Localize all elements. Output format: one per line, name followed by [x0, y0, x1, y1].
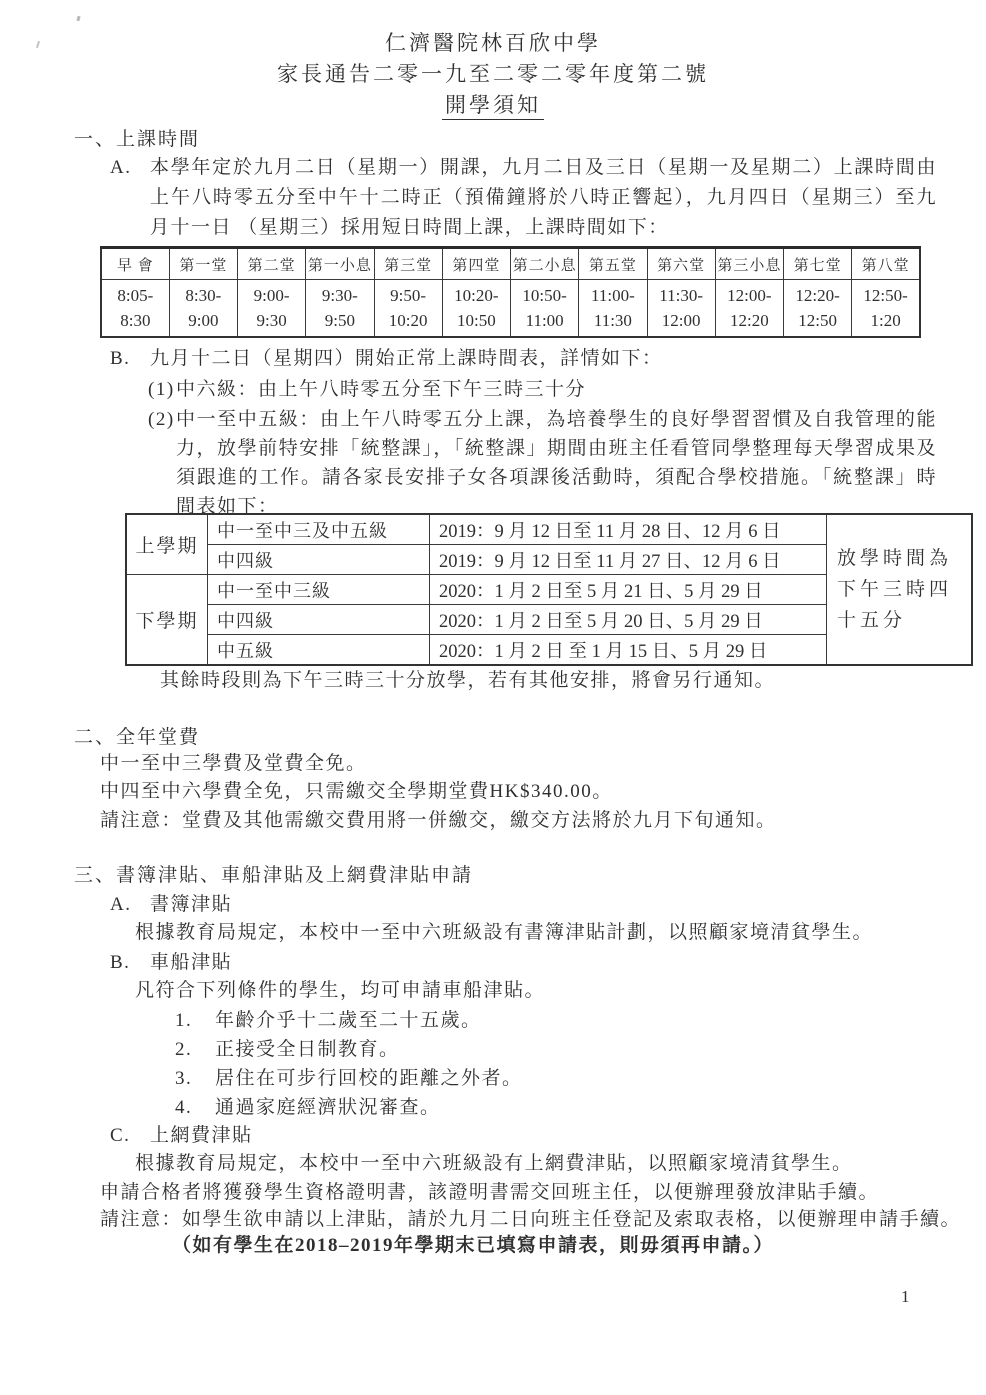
timetable-cell: 9:50-10:20 [374, 280, 442, 338]
section1-footnote: 其餘時段則為下午三時三十分放學，若有其他安排，將會另行通知。 [160, 666, 775, 696]
condition-item: 2. 正接受全日制教育。 [175, 1035, 875, 1065]
document-page: 仁濟醫院林百欣中學 家長通告二零一九至二零二零年度第二號 開學須知 一、上課時間… [0, 0, 986, 1395]
term-timetable: 上學期 中一至中三及中五級 2019：9 月 12 日至 11 月 28 日、1… [125, 513, 973, 666]
level-cell: 中五級 [208, 635, 430, 666]
dates-cell: 2020：1 月 2 日至 5 月 20 日、5 月 29 日 [430, 605, 827, 635]
section3-item-b: B. 車船津貼 [110, 948, 937, 978]
start-time: 8:05- [102, 283, 169, 308]
section2-heading: 二、全年堂費 [74, 722, 200, 749]
item-b-label: B. [110, 948, 150, 978]
item-a-label: A. [110, 153, 150, 243]
end-time: 9:30 [238, 308, 305, 333]
timetable-header: 早 會 [101, 248, 169, 280]
dates-cell: 2020：1 月 2 日 至 1 月 15 日、5 月 29 日 [430, 635, 827, 666]
item-b-sub2: (2) 中一至中五級：由上午八時零五分上課，為培養學生的良好學習習慣及自我管理的… [148, 405, 937, 521]
document-heading-text: 開學須知 [442, 93, 544, 120]
timetable-header: 第四堂 [442, 248, 510, 280]
section2-line2: 中四至中六學費全免，只需繳交全學期堂費HK$340.00。 [100, 777, 613, 807]
condition-num: 2. [175, 1035, 215, 1065]
timetable-header: 第六堂 [647, 248, 715, 280]
document-heading: 開學須知 [0, 89, 986, 119]
level-cell: 中四級 [208, 605, 430, 635]
period-timetable: 早 會 第一堂 第二堂 第一小息 第三堂 第四堂 第二小息 第五堂 第六堂 第三… [100, 246, 921, 338]
sub2-text: 中一至中五級：由上午八時零五分上課，為培養學生的良好學習習慣及自我管理的能力，放… [176, 405, 937, 521]
term-cell: 下學期 [126, 575, 208, 666]
level-cell: 中一至中三及中五級 [208, 514, 430, 545]
timetable-header: 第八堂 [852, 248, 920, 280]
timetable-header: 第二小息 [511, 248, 579, 280]
end-time: 1:20 [852, 308, 919, 333]
end-time: 11:30 [579, 308, 646, 333]
condition-text: 年齡介乎十二歲至二十五歲。 [215, 1006, 875, 1036]
level-cell: 中四級 [208, 545, 430, 575]
section1-item-a: A. 本學年定於九月二日（星期一）開課，九月二日及三日（星期一及星期二）上課時間… [110, 153, 937, 243]
section1-heading: 一、上課時間 [74, 124, 200, 151]
start-time: 11:00- [579, 283, 646, 308]
timetable-cell: 8:05-8:30 [101, 280, 169, 338]
dates-cell: 2020：1 月 2 日至 5 月 21 日、5 月 29 日 [430, 575, 827, 605]
end-time: 12:20 [716, 308, 783, 333]
item-a-text: 本學年定於九月二日（星期一）開課，九月二日及三日（星期一及星期二）上課時間由上午… [150, 153, 937, 243]
timetable-times-row: 8:05-8:30 8:30-9:00 9:00-9:30 9:30-9:50 … [101, 280, 920, 338]
timetable-header: 第七堂 [784, 248, 852, 280]
dates-cell: 2019：9 月 12 日至 11 月 27 日、12 月 6 日 [430, 545, 827, 575]
item-a-label: A. [110, 890, 150, 920]
timetable-cell: 10:20-10:50 [442, 280, 510, 338]
notice-title: 家長通告二零一九至二零二零年度第二號 [0, 58, 986, 88]
term-row: 上學期 中一至中三及中五級 2019：9 月 12 日至 11 月 28 日、1… [126, 514, 972, 545]
timetable-cell: 11:30-12:00 [647, 280, 715, 338]
sub1-label: (1) [148, 375, 176, 405]
section3-item-a: A. 書簿津貼 [110, 890, 937, 920]
section3-heading: 三、書簿津貼、車船津貼及上網費津貼申請 [74, 860, 473, 887]
condition-num: 1. [175, 1006, 215, 1036]
timetable-header: 第三堂 [374, 248, 442, 280]
condition-num: 3. [175, 1064, 215, 1094]
timetable-cell: 12:20-12:50 [784, 280, 852, 338]
item-b-label: B. [110, 344, 150, 374]
timetable-cell: 12:50-1:20 [852, 280, 920, 338]
school-name: 仁濟醫院林百欣中學 [0, 27, 986, 57]
start-time: 8:30- [170, 283, 237, 308]
timetable-cell: 12:00-12:20 [715, 280, 783, 338]
condition-text: 正接受全日制教育。 [215, 1035, 875, 1065]
section3-item-b-text: 凡符合下列條件的學生，均可申請車船津貼。 [135, 976, 545, 1006]
timetable-header: 第二堂 [238, 248, 306, 280]
end-time: 9:50 [306, 308, 373, 333]
condition-item: 3. 居住在可步行回校的距離之外者。 [175, 1064, 875, 1094]
condition-text: 居住在可步行回校的距離之外者。 [215, 1064, 875, 1094]
item-b-title: 車船津貼 [150, 948, 937, 978]
condition-text: 通過家庭經濟狀況審查。 [215, 1093, 875, 1123]
term-cell: 上學期 [126, 514, 208, 575]
section3-item-c: C. 上網費津貼 [110, 1121, 937, 1151]
timetable-cell: 9:00-9:30 [238, 280, 306, 338]
timetable-cell: 11:00-11:30 [579, 280, 647, 338]
sub2-label: (2) [148, 405, 176, 521]
start-time: 12:20- [784, 283, 851, 308]
section2-line3: 請注意：堂費及其他需繳交費用將一併繳交，繳交方法將於九月下旬通知。 [100, 806, 777, 836]
start-time: 12:00- [716, 283, 783, 308]
end-time: 10:20 [375, 308, 442, 333]
timetable-header: 第一小息 [306, 248, 374, 280]
start-time: 10:20- [443, 283, 510, 308]
start-time: 9:30- [306, 283, 373, 308]
start-time: 9:50- [375, 283, 442, 308]
item-c-title: 上網費津貼 [150, 1121, 937, 1151]
timetable-header: 第三小息 [715, 248, 783, 280]
page-number: 1 [901, 1287, 910, 1307]
end-time: 12:50 [784, 308, 851, 333]
section1-item-b: B. 九月十二日（星期四）開始正常上課時間表，詳情如下： [110, 344, 937, 374]
condition-num: 4. [175, 1093, 215, 1123]
section3-item-a-text: 根據教育局規定，本校中一至中六班級設有書簿津貼計劃，以照顧家境清貧學生。 [135, 918, 873, 948]
item-a-title: 書簿津貼 [150, 890, 937, 920]
start-time: 9:00- [238, 283, 305, 308]
end-time: 8:30 [102, 308, 169, 333]
condition-item: 4. 通過家庭經濟狀況審查。 [175, 1093, 875, 1123]
timetable-cell: 9:30-9:50 [306, 280, 374, 338]
scan-speck [76, 16, 80, 22]
item-c-label: C. [110, 1121, 150, 1151]
timetable-header: 第五堂 [579, 248, 647, 280]
sub1-text: 中六級：由上午八時零五分至下午三時三十分 [176, 375, 937, 405]
timetable-header: 第一堂 [169, 248, 237, 280]
section3-item-c-text: 根據教育局規定，本校中一至中六班級設有上網費津貼，以照顧家境清貧學生。 [135, 1149, 853, 1179]
timetable-header-row: 早 會 第一堂 第二堂 第一小息 第三堂 第四堂 第二小息 第五堂 第六堂 第三… [101, 248, 920, 280]
end-time: 11:00 [511, 308, 578, 333]
item-b-text: 九月十二日（星期四）開始正常上課時間表，詳情如下： [150, 344, 937, 374]
start-time: 11:30- [648, 283, 715, 308]
end-time: 12:00 [648, 308, 715, 333]
start-time: 10:50- [511, 283, 578, 308]
item-b-sub1: (1) 中六級：由上午八時零五分至下午三時三十分 [148, 375, 937, 405]
level-cell: 中一至中三級 [208, 575, 430, 605]
end-time: 9:00 [170, 308, 237, 333]
dismissal-note-cell: 放學時間為下午三時四十五分 [827, 514, 973, 665]
timetable-cell: 10:50-11:00 [511, 280, 579, 338]
dates-cell: 2019：9 月 12 日至 11 月 28 日、12 月 6 日 [430, 514, 827, 545]
closing-line1: 申請合格者將獲發學生資格證明書，該證明書需交回班主任，以便辦理發放津貼手續。 [100, 1178, 879, 1208]
closing-line3: （如有學生在2018–2019年學期末已填寫申請表，則毋須再申請。） [172, 1231, 774, 1261]
end-time: 10:50 [443, 308, 510, 333]
timetable-cell: 8:30-9:00 [169, 280, 237, 338]
start-time: 12:50- [852, 283, 919, 308]
condition-item: 1. 年齡介乎十二歲至二十五歲。 [175, 1006, 875, 1036]
section2-line1: 中一至中三學費及堂費全免。 [100, 749, 367, 779]
